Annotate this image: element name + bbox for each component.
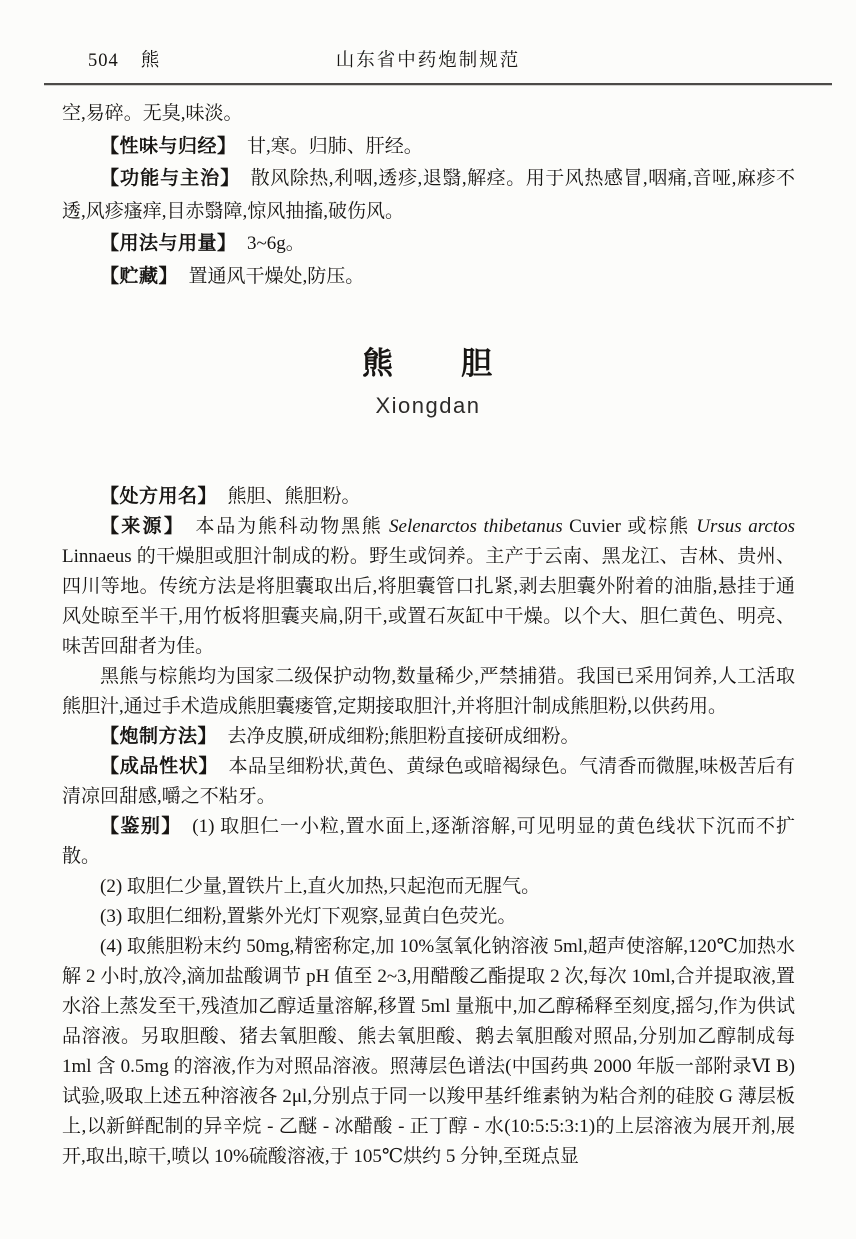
paragraph-jianbie-3: (3) 取胆仁细粉,置紫外光灯下观察,显黄白色荧光。 bbox=[62, 902, 795, 932]
section-label-chengpinxingzhuang: 【成品性状】 bbox=[100, 756, 218, 777]
monograph-body: 【处方用名】熊胆、熊胆粉。 【来源】本品为熊科动物黑熊 Selenarctos … bbox=[0, 482, 856, 1172]
section-label-xingwei: 【性味与归经】 bbox=[100, 136, 237, 157]
section-label-chufangyongming: 【处方用名】 bbox=[100, 486, 217, 507]
monograph-pinyin: Xiongdan bbox=[0, 392, 856, 420]
paragraph-gongneng: 【功能与主治】散风除热,利咽,透疹,退翳,解痉。用于风热感冒,咽痛,音哑,麻疹不… bbox=[62, 163, 795, 228]
latin-name-black-bear: Selenarctos thibetanus bbox=[389, 516, 563, 537]
paragraph-paozhifangfa: 【炮制方法】去净皮膜,研成细粉;熊胆粉直接研成细粉。 bbox=[62, 722, 795, 752]
section-label-laiyuan: 【来源】 bbox=[100, 516, 185, 537]
running-head: 504熊 山东省中药炮制规范 bbox=[0, 48, 856, 74]
previous-monograph-tail: 空,易碎。无臭,味淡。 【性味与归经】甘,寒。归肺、肝经。 【功能与主治】散风除… bbox=[0, 85, 856, 293]
monograph-title-block: 熊 胆 Xiongdan bbox=[0, 345, 856, 420]
paragraph-protection-note: 黑熊与棕熊均为国家二级保护动物,数量稀少,严禁捕猎。我国已采用饲养,人工活取熊胆… bbox=[62, 662, 795, 722]
book-page: 504熊 山东省中药炮制规范 空,易碎。无臭,味淡。 【性味与归经】甘,寒。归肺… bbox=[0, 0, 856, 1239]
paragraph-chufangyongming: 【处方用名】熊胆、熊胆粉。 bbox=[62, 482, 795, 512]
paragraph-jianbie-4: (4) 取熊胆粉末约 50mg,精密称定,加 10%氢氧化钠溶液 5ml,超声使… bbox=[62, 932, 795, 1172]
section-label-paozhifangfa: 【炮制方法】 bbox=[100, 726, 217, 747]
paragraph-chengpinxingzhuang: 【成品性状】本品呈细粉状,黄色、黄绿色或暗褐绿色。气清香而微腥,味极苦后有清凉回… bbox=[62, 752, 795, 812]
paragraph-zhucang: 【贮藏】置通风干燥处,防压。 bbox=[62, 261, 795, 294]
laiyuan-text-2: Cuvier 或棕熊 bbox=[563, 516, 697, 537]
paragraph-tail: 空,易碎。无臭,味淡。 bbox=[62, 98, 795, 131]
section-text-zhucang: 置通风干燥处,防压。 bbox=[188, 266, 364, 287]
laiyuan-text-3: Linnaeus 的干燥胆或胆汁制成的粉。野生或饲养。主产于云南、黑龙江、吉林、… bbox=[62, 546, 795, 657]
section-label-zhucang: 【贮藏】 bbox=[100, 266, 178, 287]
section-label-yongfa: 【用法与用量】 bbox=[100, 233, 237, 254]
paragraph-yongfa: 【用法与用量】3~6g。 bbox=[62, 228, 795, 261]
section-text-yongfa: 3~6g。 bbox=[247, 233, 305, 254]
section-label-jianbie: 【鉴别】 bbox=[100, 816, 182, 837]
section-text-chufangyongming: 熊胆、熊胆粉。 bbox=[227, 486, 360, 507]
paragraph-laiyuan: 【来源】本品为熊科动物黑熊 Selenarctos thibetanus Cuv… bbox=[62, 512, 795, 662]
section-label-gongneng: 【功能与主治】 bbox=[100, 168, 240, 189]
paragraph-jianbie-2: (2) 取胆仁少量,置铁片上,直火加热,只起泡而无腥气。 bbox=[62, 872, 795, 902]
latin-name-brown-bear: Ursus arctos bbox=[696, 516, 795, 537]
book-title: 山东省中药炮制规范 bbox=[0, 48, 856, 74]
laiyuan-text-1: 本品为熊科动物黑熊 bbox=[196, 516, 389, 537]
paragraph-xingwei: 【性味与归经】甘,寒。归肺、肝经。 bbox=[62, 131, 795, 164]
monograph-title: 熊 胆 bbox=[0, 345, 856, 383]
section-text-xingwei: 甘,寒。归肺、肝经。 bbox=[247, 136, 423, 157]
paragraph-jianbie-1: 【鉴别】(1) 取胆仁一小粒,置水面上,逐渐溶解,可见明显的黄色线状下沉而不扩散… bbox=[62, 812, 795, 872]
section-text-paozhifangfa: 去净皮膜,研成细粉;熊胆粉直接研成细粉。 bbox=[227, 726, 579, 747]
